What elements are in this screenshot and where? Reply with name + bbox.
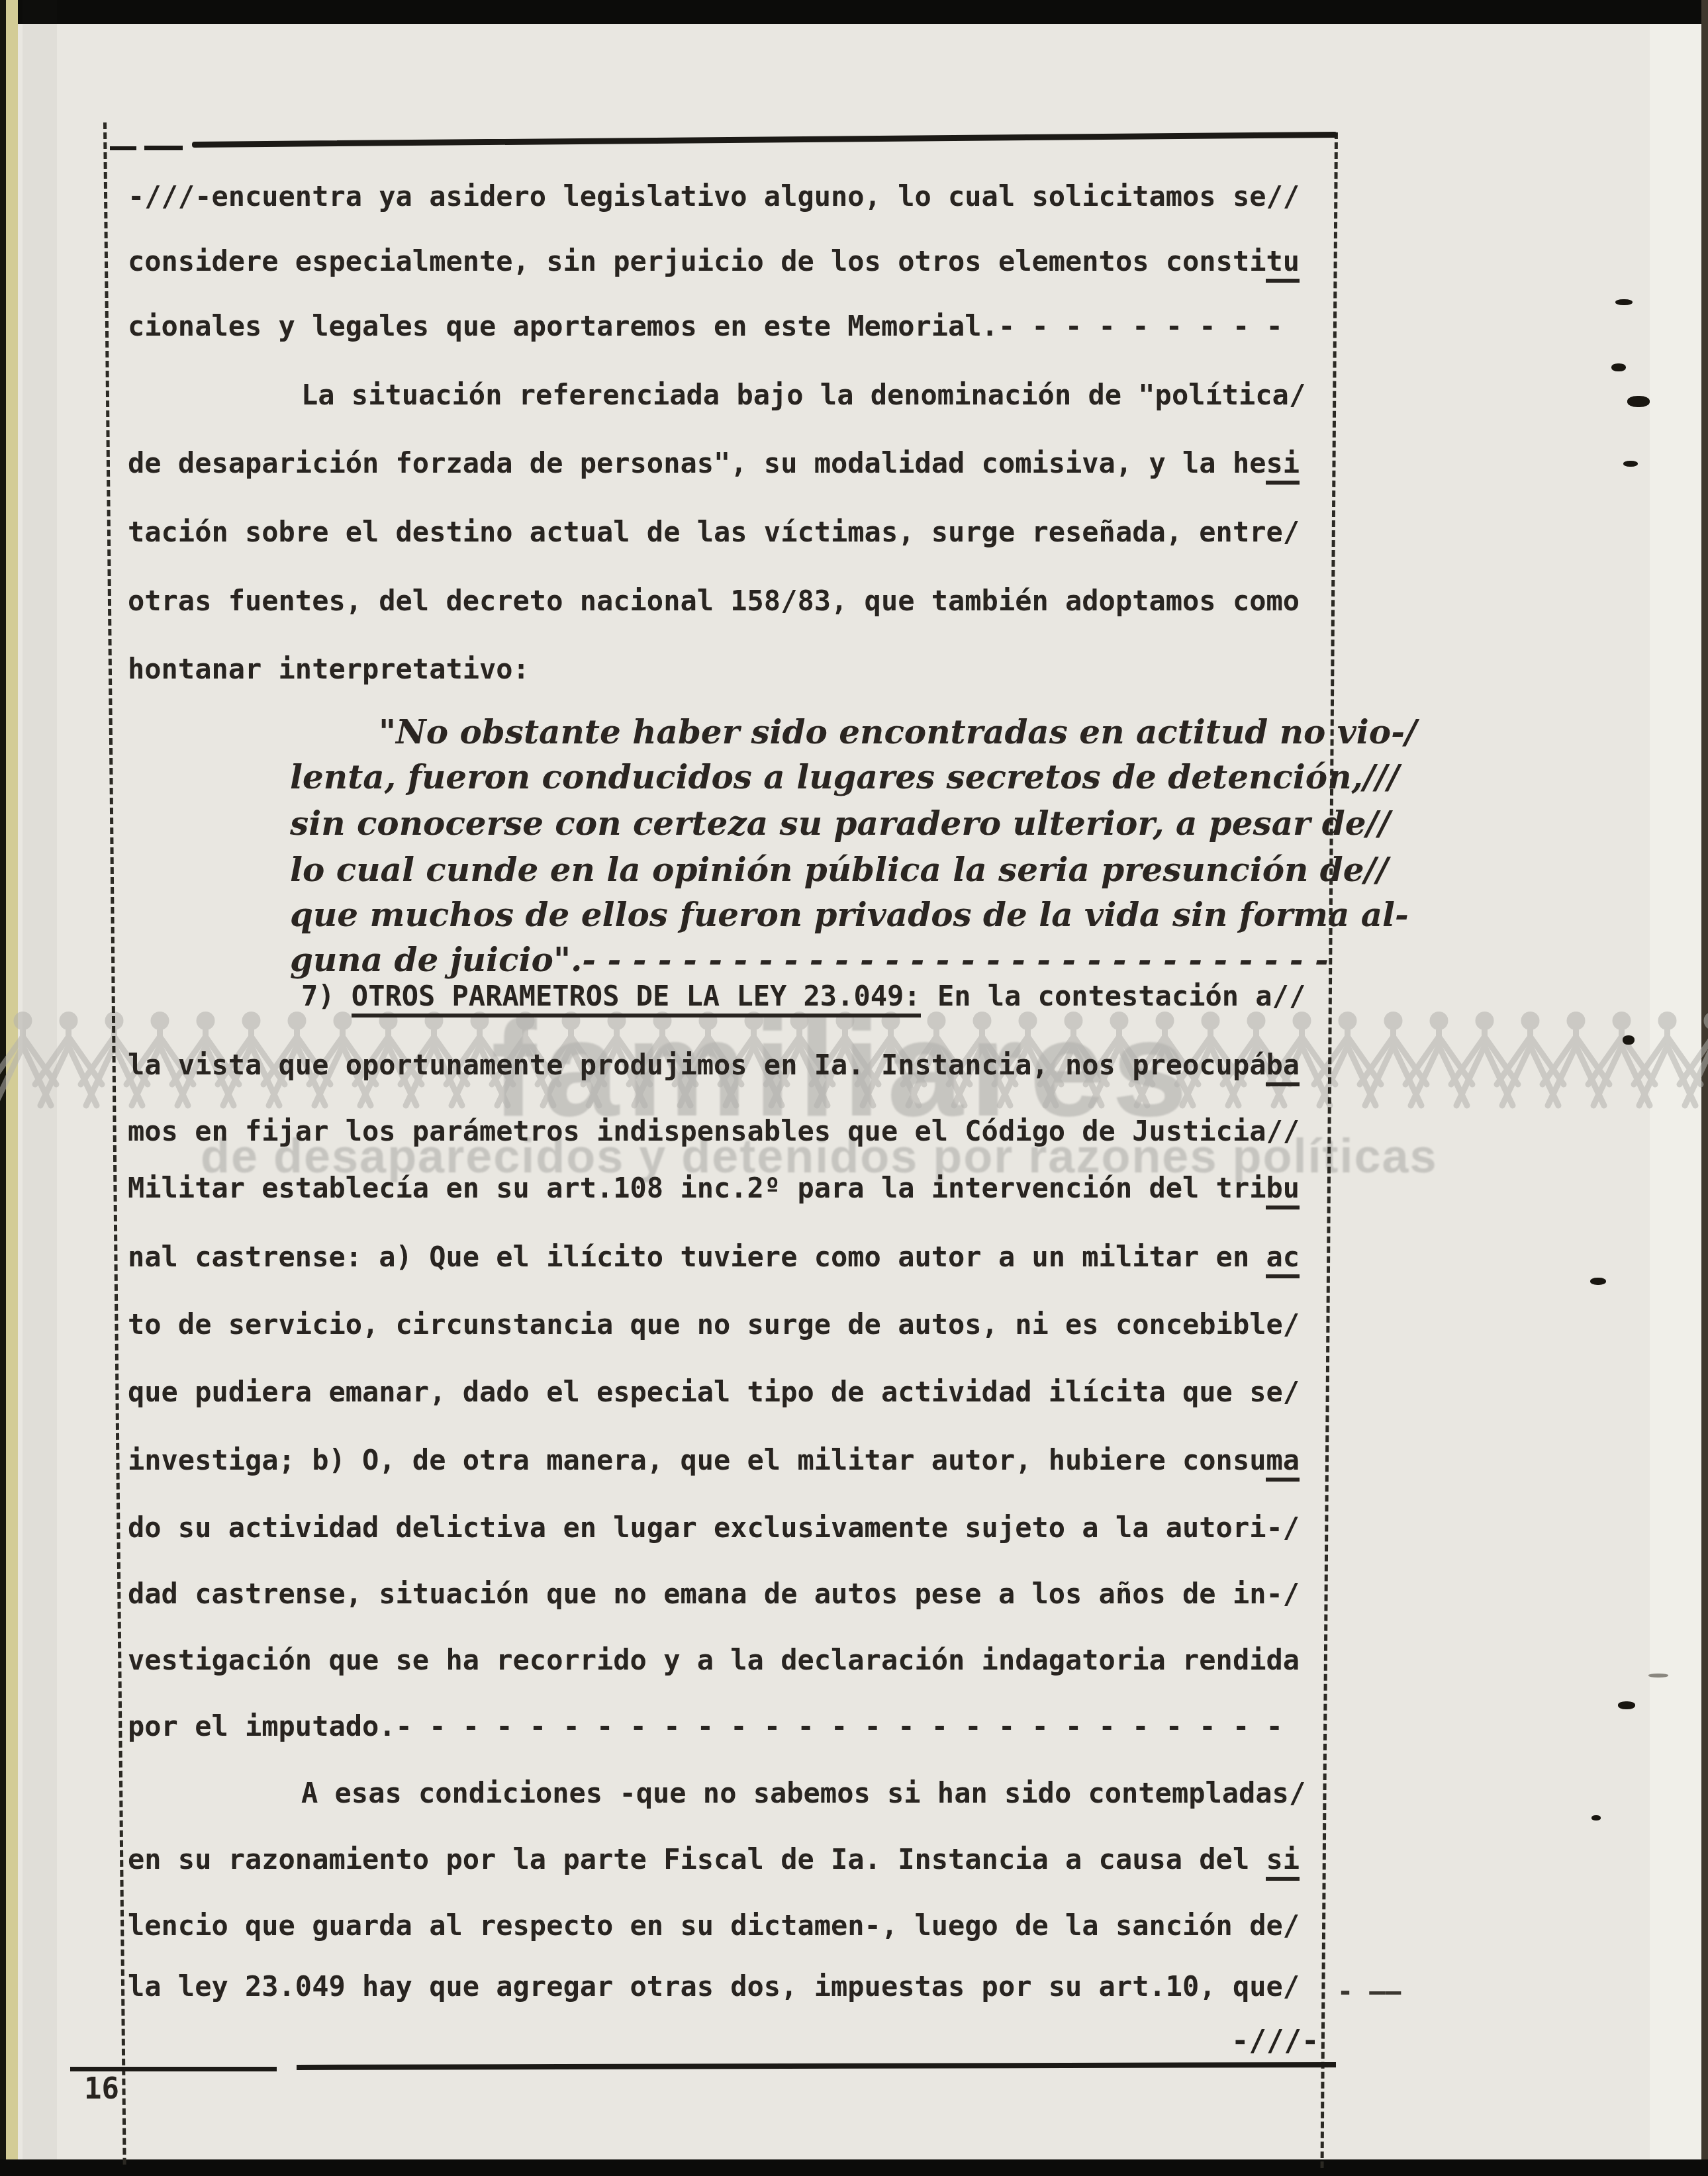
bottom-rule-right [297,2062,1336,2070]
top-rule [192,132,1337,148]
typed-line: La situación referenciada bajo la denomi… [301,380,1305,410]
quote-line: lo cual cunde en la opinión pública la s… [290,851,1388,888]
ink-speck [1590,1278,1606,1285]
page-edge-left [0,0,6,2176]
typed-line: que pudiera emanar, dado el especial tip… [128,1377,1300,1407]
typed-line: nal castrense: a) Que el ilícito tuviere… [128,1242,1300,1278]
typed-line: Militar establecía en su art.108 inc.2º … [128,1173,1300,1209]
page-edge-shadow [23,0,57,2176]
quote-line: que muchos de ellos fueron privados de l… [290,896,1409,933]
ink-speck [1591,1815,1601,1821]
ink-speck [1615,299,1633,305]
typed-line: hontanar interpretativo: [128,654,530,685]
typed-line: to de servicio, circunstancia que no sur… [128,1309,1300,1340]
page-number: 16 [84,2072,119,2106]
ink-speck [1648,1674,1668,1678]
typed-line: investiga; b) O, de otra manera, que el … [128,1445,1300,1482]
page-edge-right-pale [1650,24,1701,2159]
ink-speck [1627,396,1650,407]
scanned-document-page: familiares de desaparecidos y detenidos … [0,0,1708,2176]
left-dashed-border [103,122,126,2165]
ink-speck [1611,363,1626,371]
ink-speck [1623,461,1638,467]
typed-line: -///-encuentra ya asidero legislativo al… [128,181,1300,212]
page-edge-yellow [6,0,18,2176]
section-heading-line: 7) OTROS PARAMETROS DE LA LEY 23.049: En… [301,981,1305,1017]
typed-line: la ley 23.049 hay que agregar otras dos,… [128,1971,1300,2002]
scan-bottom-bar [0,2159,1708,2176]
page-edge-right [1701,0,1708,2176]
typed-line: la vista que oportunamente produjimos en… [128,1050,1300,1086]
typed-line: mos en fijar los parámetros indispensabl… [128,1116,1300,1147]
top-rule-dash [110,146,136,150]
quote-line: guna de juicio".- - - - - - - - - - - - … [290,941,1329,978]
typed-line: vestigación que se ha recorrido y a la d… [128,1645,1300,1676]
top-rule-dash [144,146,183,150]
typed-line: lencio que guarda al respecto en su dict… [128,1911,1300,1941]
quote-line: "No obstante haber sido encontradas en a… [379,714,1417,750]
typed-line: tación sobre el destino actual de las ví… [128,517,1300,547]
ink-speck [1623,1035,1635,1045]
bottom-rule-left [70,2067,277,2071]
typed-line: do su actividad delictiva en lugar exclu… [128,1513,1300,1543]
typed-line: considere especialmente, sin perjuicio d… [128,246,1300,283]
typed-line: A esas condiciones -que no sabemos si ha… [301,1778,1305,1809]
ink-speck [1618,1701,1635,1709]
typed-line: dad castrense, situación que no emana de… [128,1579,1300,1609]
scan-top-bar [0,0,1708,24]
typed-line: en su razonamiento por la parte Fiscal d… [128,1844,1300,1881]
quote-line: sin conocerse con certeza su paradero ul… [290,805,1390,841]
right-dashed-border [1321,132,1338,2168]
typed-line: por el imputado.- - - - - - - - - - - - … [128,1711,1283,1742]
typed-line: cionales y legales que aportaremos en es… [128,311,1283,342]
margin-dash-mark: - –– [1337,1977,1401,2007]
typed-line: de desaparición forzada de personas", su… [128,448,1300,485]
continuation-mark: -///- [1231,2024,1319,2058]
typed-line: otras fuentes, del decreto nacional 158/… [128,586,1300,616]
quote-line: lenta, fueron conducidos a lugares secre… [290,759,1400,795]
